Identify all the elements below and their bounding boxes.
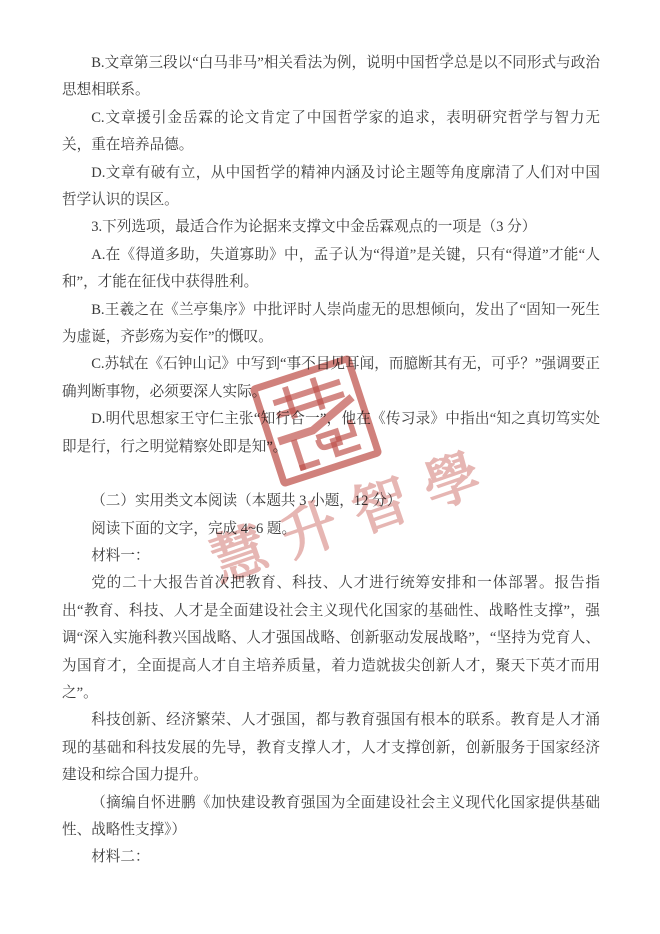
exam-paper-page: B.文章第三段以“白马非马”相关看法为例，说明中国哲学总是以不同形式与政治思想相…	[0, 0, 660, 934]
material-1-paragraph-1: 党的二十大报告首次把教育、科技、人才进行统筹安排和一体部署。报告指出“教育、科技…	[62, 570, 600, 707]
material-2-label: 材料二：	[62, 844, 600, 871]
reading-instruction: 阅读下面的文字，完成 4~6 题。	[62, 516, 600, 543]
option-d-question2: D.文章有破有立，从中国哲学的精神内涵及讨论主题等角度廓清了人们对中国哲学认识的…	[62, 160, 600, 215]
option-b-question3: B.王羲之在《兰亭集序》中批评时人崇尚虚无的思想倾向，发出了“固知一死生为虚诞，…	[62, 297, 600, 352]
option-d-question3: D.明代思想家王守仁主张“知行合一”，他在《传习录》中指出“知之真切笃实处即是行…	[62, 406, 600, 461]
exam-text-column: B.文章第三段以“白马非马”相关看法为例，说明中国哲学总是以不同形式与政治思想相…	[62, 50, 600, 872]
option-c-question2: C.文章援引金岳霖的论文肯定了中国哲学家的追求，表明研究哲学与智力无关，重在培养…	[62, 105, 600, 160]
option-a-question3: A.在《得道多助，失道寡助》中，孟子认为“得道”是关键，只有“得道”才能“人和”…	[62, 242, 600, 297]
option-b-question2: B.文章第三段以“白马非马”相关看法为例，说明中国哲学总是以不同形式与政治思想相…	[62, 50, 600, 105]
material-1-paragraph-2: 科技创新、经济繁荣、人才强国，都与教育强国有根本的联系。教育是人才涌现的基础和科…	[62, 707, 600, 789]
option-c-question3: C.苏轼在《石钟山记》中写到“事不目见耳闻，而臆断其有无，可乎？”强调要正确判断…	[62, 351, 600, 406]
material-1-label: 材料一：	[62, 543, 600, 570]
source-attribution: （摘编自怀进鹏《加快建设教育强国为全面建设社会主义现代化国家提供基础性、战略性支…	[62, 790, 600, 845]
section-2-header: （二）实用类文本阅读（本题共 3 小题，12 分）	[62, 488, 600, 515]
question-3-stem: 3.下列选项，最适合作为论据来支撑文中金岳霖观点的一项是（3 分）	[62, 214, 600, 241]
